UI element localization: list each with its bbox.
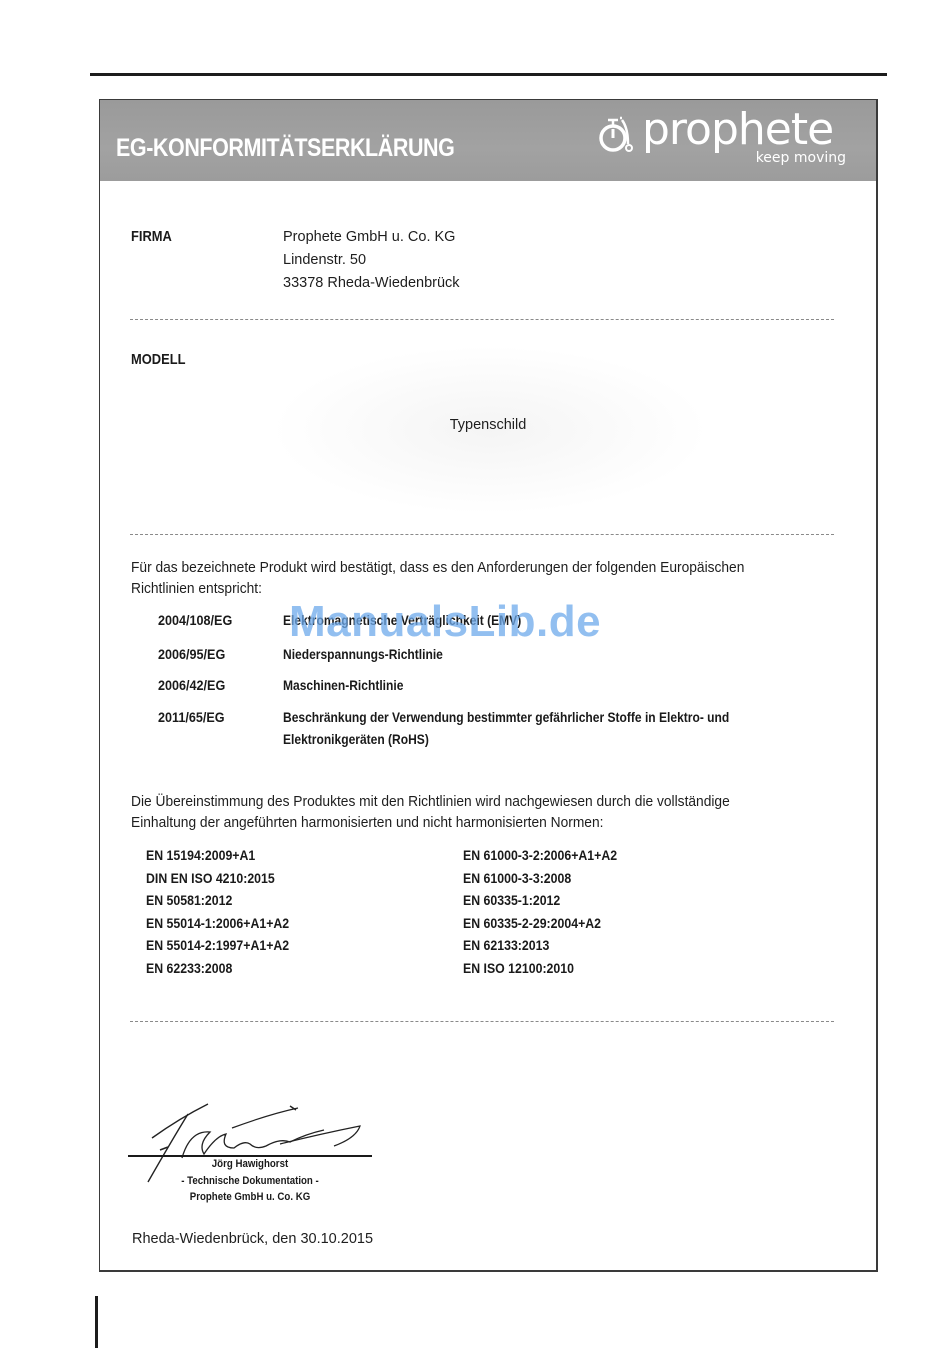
separator [130, 534, 834, 535]
directive-code: 2011/65/EG [158, 709, 225, 725]
directive-description: Beschränkung der Verwendung bestimmter g… [283, 706, 765, 750]
standard-item: EN 62233:2008 [146, 960, 232, 976]
standard-item: EN 15194:2009+A1 [146, 847, 255, 863]
document-title: EG-KONFORMITÄTSERKLÄRUNG [116, 134, 454, 163]
standard-item: DIN EN ISO 4210:2015 [146, 870, 275, 886]
directive-description: Maschinen-Richtlinie [283, 674, 765, 696]
model-value: Typenschild [100, 417, 876, 433]
standard-item: EN 60335-1:2012 [463, 892, 560, 908]
brand-tagline: keep moving [756, 150, 846, 166]
standard-item: EN 60335-2-29:2004+A2 [463, 915, 601, 931]
standard-item: EN 61000-3-3:2008 [463, 870, 571, 886]
model-label: MODELL [131, 351, 185, 368]
standard-item: EN 61000-3-2:2006+A1+A2 [463, 847, 617, 863]
standard-item: EN ISO 12100:2010 [463, 960, 574, 976]
company-street: Lindenstr. 50 [283, 252, 366, 268]
directive-code: 2006/42/EG [158, 677, 225, 693]
standard-item: EN 50581:2012 [146, 892, 232, 908]
signatory-name: Jörg Hawighorst [143, 1158, 358, 1170]
directives-intro: Für das bezeichnete Produkt wird bestäti… [131, 558, 796, 600]
separator [130, 319, 834, 320]
brand-name: prophete [642, 104, 833, 155]
place-and-date: Rheda-Wiedenbrück, den 30.10.2015 [132, 1231, 373, 1247]
page-top-rule [90, 73, 887, 76]
directive-code: 2006/95/EG [158, 646, 225, 662]
company-name: Prophete GmbH u. Co. KG [283, 229, 455, 245]
directive-description: Niederspannungs-Richtlinie [283, 643, 765, 665]
company-city: 33378 Rheda-Wiedenbrück [283, 275, 460, 291]
company-label: FIRMA [131, 228, 172, 245]
standard-item: EN 62133:2013 [463, 937, 549, 953]
signatory-company: Prophete GmbH u. Co. KG [143, 1191, 358, 1203]
separator [130, 1021, 834, 1022]
handwritten-signature [120, 1100, 380, 1185]
header-band: EG-KONFORMITÄTSERKLÄRUNG prophete keep m… [100, 100, 876, 181]
standards-intro: Die Übereinstimmung des Produktes mit de… [131, 792, 796, 834]
standard-item: EN 55014-2:1997+A1+A2 [146, 937, 289, 953]
declaration-frame: EG-KONFORMITÄTSERKLÄRUNG prophete keep m… [99, 99, 878, 1272]
page-margin-mark [95, 1296, 98, 1348]
brand-logo: prophete keep moving [598, 110, 848, 172]
signature-line [128, 1155, 372, 1157]
directive-code: 2004/108/EG [158, 612, 232, 628]
signatory-role: - Technische Dokumentation - [143, 1175, 358, 1187]
standard-item: EN 55014-1:2006+A1+A2 [146, 915, 289, 931]
penny-farthing-bicycle-icon [598, 114, 636, 154]
directive-description: Elektromagnetische Verträglichkeit (EMV) [283, 609, 765, 631]
